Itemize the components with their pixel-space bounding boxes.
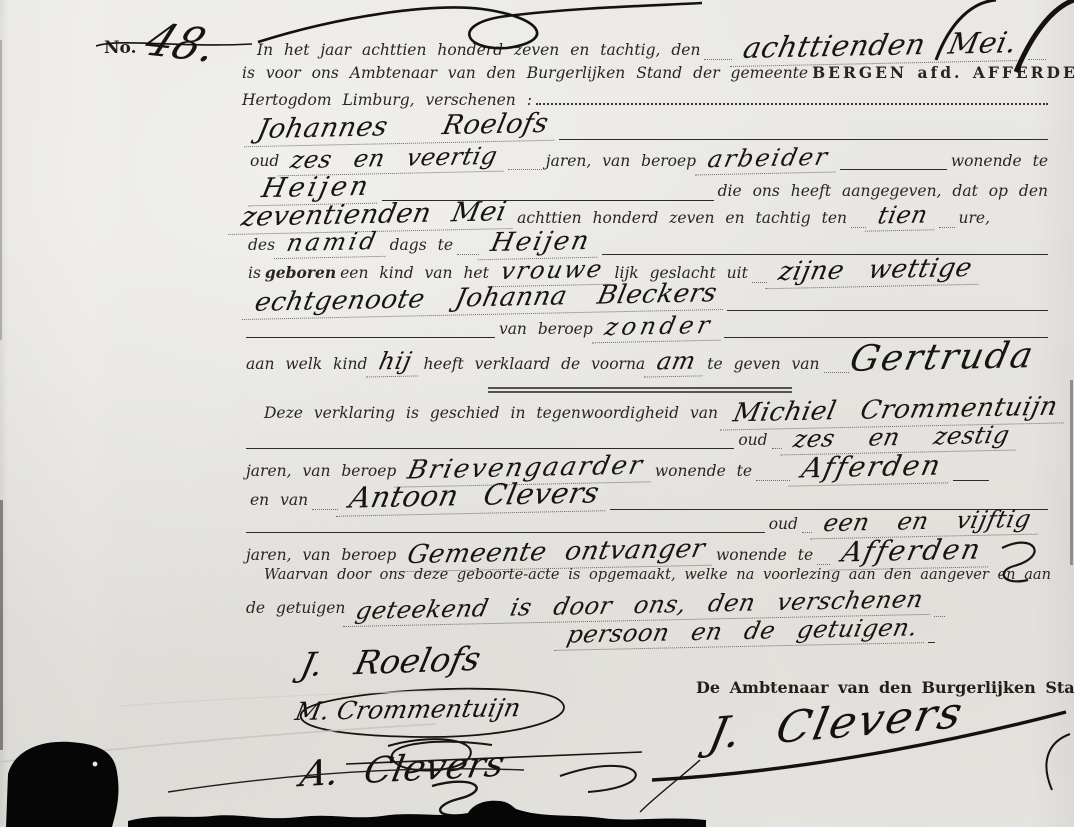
rule-line: [824, 370, 850, 373]
handwritten-occupation: arbeider: [695, 145, 842, 176]
rule-line: [536, 101, 1048, 105]
rule-line: [246, 530, 765, 533]
handwritten-am: am: [644, 348, 708, 377]
rule-line: [752, 280, 767, 283]
printed-text-geboren: geboren: [263, 263, 338, 282]
rule-line: [934, 614, 945, 617]
printed-text: Deze verklaring is geschied in tegenwoor…: [262, 404, 720, 422]
rule-line: [817, 562, 830, 565]
rule-line: [246, 335, 495, 338]
rule-line: [939, 225, 954, 228]
act-number-value: 48.: [138, 18, 225, 69]
handwritten-signing-statement-2: persoon en de getuigen.: [554, 615, 930, 651]
printed-text: oud: [248, 152, 281, 170]
printed-text: achttien honderd zeven en tachtig ten: [515, 209, 849, 227]
printed-text: de getuigen: [244, 599, 347, 617]
flourish-officer-tail: [640, 760, 700, 812]
signature-declarant: J. Roelofs: [298, 642, 484, 681]
rule-line: [508, 167, 541, 170]
printed-text: In het jaar achttien honderd zeven en ta…: [255, 41, 702, 59]
line-witness2-age: oud een en vijftig: [244, 509, 1040, 537]
rule-line: [559, 137, 1048, 140]
printed-text: Hertogdom Limburg, verschenen :: [240, 91, 534, 109]
printed-text: wonende te: [714, 546, 815, 564]
line-closing-statement: Waarvan door ons deze geboorte-acte is o…: [262, 566, 1054, 583]
printed-text: ure,: [957, 209, 993, 227]
handwritten-pronoun: hij: [366, 348, 424, 377]
edge-artifact-left: [0, 500, 3, 750]
line-municipality: is voor ons Ambtenaar van den Burgerlijk…: [240, 63, 1052, 82]
printed-text: dags te: [388, 236, 455, 254]
line-child-name: aan welk kind hij heeft verklaard de voo…: [244, 340, 1062, 377]
edge-artifact-right: [1070, 380, 1073, 565]
municipality-name: BERGEN afd. AFFERDEN,: [810, 63, 1074, 82]
printed-text: te geven van: [705, 355, 821, 373]
separator-double-rule: [488, 388, 792, 392]
handwritten-date: achttienden Mei.: [730, 28, 1030, 67]
rule-line: [727, 308, 1048, 311]
printed-text: een kind van het: [338, 264, 491, 282]
rule-line: [851, 225, 866, 228]
printed-text: aan welk kind: [244, 355, 369, 373]
flourish-witness2-swash: [560, 766, 636, 792]
printed-text: wonende te: [949, 152, 1050, 170]
printed-text: oud: [736, 431, 769, 449]
line-witness2-occupation: jaren, van beroep Gemeente ontvanger won…: [244, 537, 1002, 569]
printed-text: is voor ons Ambtenaar van den Burgerlijk…: [240, 64, 810, 82]
handwritten-child-name: Gertruda: [847, 338, 1038, 378]
printed-text: Waarvan door ons deze geboorte-acte is o…: [262, 566, 1053, 583]
ink-bar-bottom: [128, 801, 706, 827]
printed-text: van beroep: [497, 320, 595, 338]
ink-bump: [479, 801, 514, 817]
rule-line: [772, 446, 782, 449]
handwritten-declarant-name: Johannes Roelofs: [244, 110, 561, 147]
printed-text: en van: [248, 491, 310, 509]
handwritten-mother-occupation: zonder: [592, 313, 726, 344]
line-signing-statement-2: persoon en de getuigen.: [558, 619, 948, 647]
printed-text: jaren, van beroep: [244, 546, 398, 564]
signature-officer: J. Clevers: [705, 691, 967, 756]
signature-witness2: A. Clevers: [297, 747, 507, 793]
handwritten-time-of-day: namid: [274, 229, 391, 259]
ink-blot-bottom-left: [6, 742, 118, 827]
printed-text: jaren, van beroep: [544, 152, 698, 170]
rule-line: [840, 167, 947, 170]
rule-line: [802, 530, 812, 533]
rule-line: [1028, 57, 1046, 60]
printed-text: is: [246, 264, 263, 282]
printed-text: jaren, van beroep: [244, 462, 398, 480]
signature-witness1: M. Crommentuijn: [293, 695, 523, 724]
rule-line: [704, 57, 732, 60]
ink-blot-speck: [93, 762, 98, 767]
line-declarant-age-occupation: oud zes en veertig jaren, van beroep arb…: [248, 146, 1050, 174]
birth-certificate-scan: No. 48. In het jaar achttien honderd zev…: [0, 0, 1074, 827]
printed-text: wonende te: [653, 462, 754, 480]
printed-text: die ons heeft aangegeven, dat op den: [716, 182, 1050, 200]
line-declarant-name: Johannes Roelofs: [248, 113, 1050, 144]
line-mother-name: echtgenoote Johanna Bleckers: [246, 285, 1050, 315]
edge-artifact-left-top: [0, 40, 2, 340]
line-year-date: In het jaar achttien honderd zeven en ta…: [255, 31, 1048, 64]
handwritten-birth-hour: tien: [865, 202, 940, 231]
rule-line: [928, 640, 935, 643]
flourish-bottom-right: [1046, 734, 1070, 790]
rule-line: [246, 446, 734, 449]
printed-text: oud: [767, 515, 800, 533]
printed-text: heeft verklaard de voorna: [421, 355, 647, 373]
act-number-label: No.: [102, 38, 139, 58]
printed-text: des: [246, 236, 277, 254]
rule-line: [457, 252, 479, 255]
line-duchy: Hertogdom Limburg, verschenen :: [240, 91, 1050, 109]
